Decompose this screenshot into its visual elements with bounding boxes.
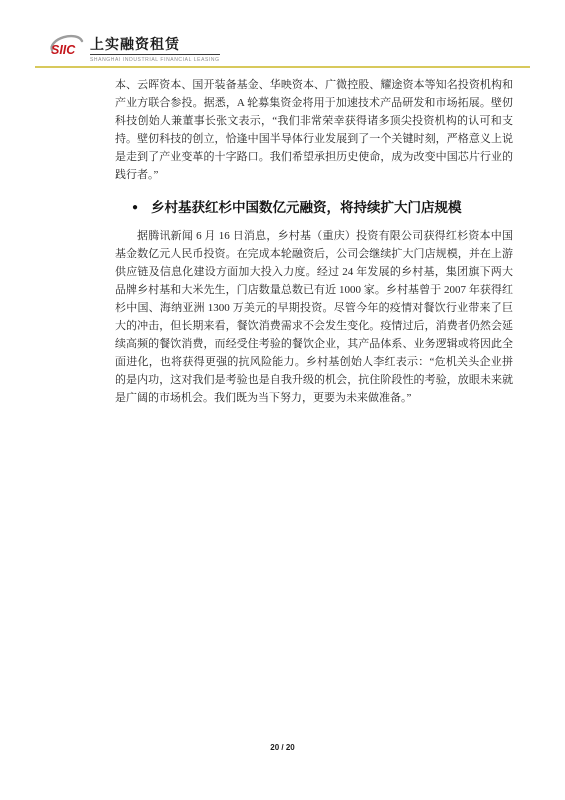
brand-block: 上实融资租赁 SHANGHAI INDUSTRIAL FINANCIAL LEA… — [90, 29, 220, 63]
company-name-en: SHANGHAI INDUSTRIAL FINANCIAL LEASING — [90, 57, 220, 63]
header-logo: SIIC 上实融资租赁 SHANGHAI INDUSTRIAL FINANCIA… — [48, 29, 220, 63]
siic-logo-icon: SIIC — [48, 29, 86, 59]
document-page: SIIC 上实融资租赁 SHANGHAI INDUSTRIAL FINANCIA… — [0, 0, 565, 800]
siic-abbr-text: SIIC — [51, 43, 76, 57]
news-heading: ● 乡村基获红杉中国数亿元融资，将持续扩大门店规模 — [115, 198, 513, 218]
document-body: 本、云晖资本、国开装备基金、华映资本、广微控股、耀途资本等知名投资机构和产业方联… — [115, 76, 513, 407]
company-name-cn: 上实融资租赁 — [90, 35, 220, 55]
page-number: 20 / 20 — [0, 743, 565, 752]
paragraph-continuation: 本、云晖资本、国开装备基金、华映资本、广微控股、耀途资本等知名投资机构和产业方联… — [115, 76, 513, 184]
header-divider-rule — [35, 66, 530, 68]
paragraph-news-body: 据腾讯新闻 6 月 16 日消息，乡村基（重庆）投资有限公司获得红杉资本中国基金… — [115, 227, 513, 407]
news-heading-text: 乡村基获红杉中国数亿元融资，将持续扩大门店规模 — [151, 198, 462, 218]
bullet-icon: ● — [132, 198, 138, 218]
